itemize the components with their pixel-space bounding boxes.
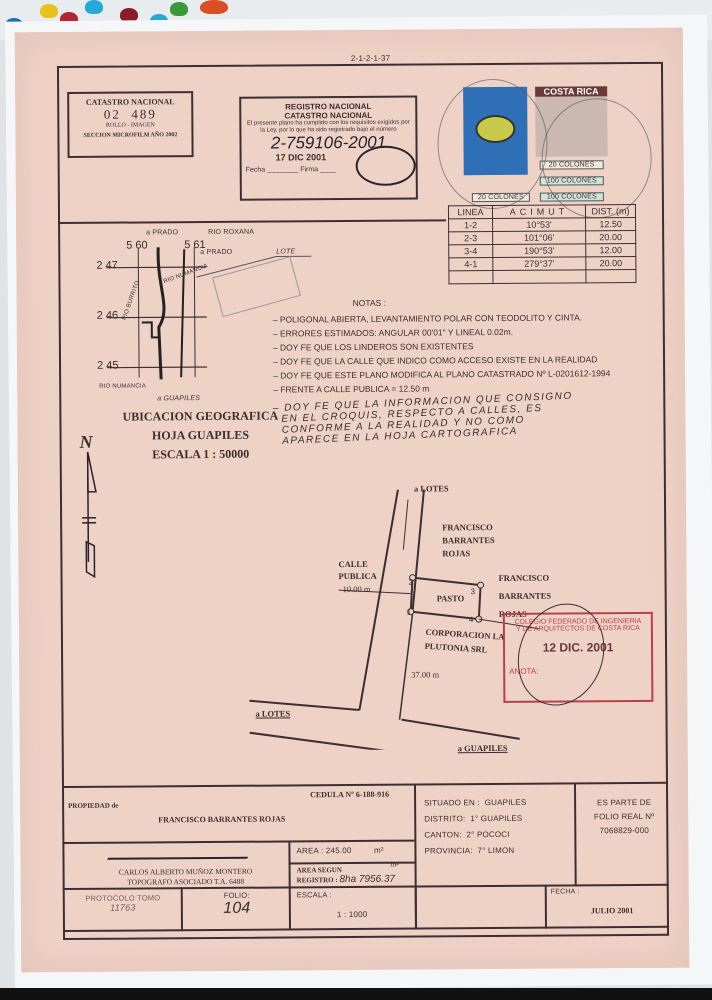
revenue-stamps: COSTA RICA 20 COLONES 20 COLONES 100 COL… [445, 78, 616, 217]
north-arrow-icon: N [80, 432, 111, 592]
geographic-location: UBICACION GEOGRAFICA HOJA GUAPILES ESCAL… [115, 408, 285, 462]
handwritten-note: – DOY FE QUE LA INFORMACION QUE CONSIGNO… [273, 387, 655, 447]
table-row: 4-1279°37'20.00 [449, 257, 636, 271]
plan-date: JULIO 2001 [591, 906, 634, 915]
table-row: 2-3101°06'20.00 [449, 231, 636, 245]
bearing-table: LINEA ACIMUT DIST. (m) 1-210°53'12.50 2-… [448, 204, 637, 284]
top-code: 2-1-2-1-37 [351, 54, 390, 63]
table-row: 3-4190°53'12.00 [449, 244, 636, 258]
table-row: 1-210°53'12.50 [449, 218, 636, 232]
area-value: 245.00 [326, 846, 352, 855]
survey-plan-paper: 2-1-2-1-37 CATASTRO NACIONAL 02 489 ROLL… [15, 28, 690, 973]
table-edge [0, 988, 712, 1000]
owner-name: FRANCISCO BARRANTES ROJAS [158, 814, 285, 824]
parcel-label: PASTO [437, 593, 465, 603]
folio-real-number: 7068829-000 [584, 824, 664, 839]
notes-section: NOTAS : – POLIGONAL ABIERTA, LEVANTAMIEN… [273, 296, 654, 441]
catastro-microfilm-stamp: CATASTRO NACIONAL 02 489 ROLLO - IMAGEN … [67, 91, 193, 158]
postmark-circle [437, 79, 548, 210]
notes-title: NOTAS : [353, 296, 653, 308]
postmark-circle [541, 98, 652, 219]
surveyor-signature-icon [107, 847, 254, 860]
cedula: CEDULA Nº 6-188-916 [310, 790, 389, 800]
signature-scribble-icon [356, 146, 416, 186]
parcel-sketch: a LOTES FRANCISCO BARRANTES ROJAS FRANCI… [228, 468, 570, 750]
